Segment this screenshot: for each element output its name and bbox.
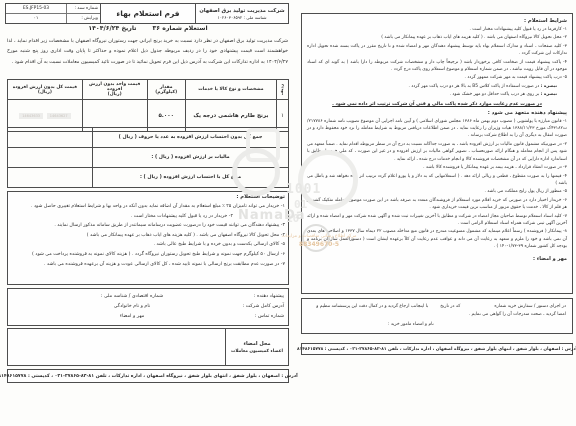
commitment-item-3: ۳- در صورت انعقاد قرارداد ، هزینه بیمه ب… [307, 164, 567, 171]
commitment-item-8: ۸- پیمانکار ( فروشنده ) رسماً اعلام مینم… [307, 228, 567, 250]
terms-warning: در صورت عدم رعایت موارد ذکر شده پاکت مال… [307, 102, 567, 107]
col-header-unit-price: قیمت واحد بدون ارزش افزوده(ریال) [82, 80, 147, 100]
commitment-item-1: ۱- قانون مبارزه با پولشویی ( مصوب دوم به… [307, 118, 567, 140]
watermark-id-1: 14643627 [47, 113, 71, 119]
term-note-2-text: بر روی هر درب پاکت حداقل دو مهر خشک شود … [450, 92, 540, 97]
purchase-officer-signature-label: نام و امضاء مامور خرید : [308, 322, 566, 327]
col-header-total-price: قیمت کل بدون ارزش افزوده (ریال) [8, 80, 83, 100]
term-item-5: ۵- درب پاکت پیشنهاد قیمت به مهر شرکت ممه… [307, 74, 567, 81]
revision-label: ویرایش : [66, 14, 100, 24]
total-without-vat-value [8, 128, 92, 147]
commitments-title: پیشنهاد دهنده متعهد می شود : [307, 110, 567, 116]
economic-id-label: شماره اقتصادی / شناسه ملی : [66, 292, 198, 302]
term-note-2: تبصره : بر روی هر درب پاکت حداقل دو مهر … [307, 91, 567, 98]
signature-place-label: محل امضاء [243, 341, 270, 347]
watermark-id-2: 14643633 [19, 113, 43, 119]
proposer-labels-right: پیشنهاد دهنده : آدرس کامل شرکت : شماره ت… [243, 292, 284, 322]
inquiry-date: تاریخ ۱۴۰۴/۶/۲۴ [88, 25, 136, 32]
term-item-2: ۲- محل تحویل کالا نیروگاه اصفهان می باشد… [307, 34, 567, 41]
proposer-label: پیشنهاد دهنده : [243, 292, 284, 302]
term-note-1: تبصره : در صورت استفاده از پاکت کلاس B5 … [307, 83, 567, 90]
revision-value: ۰۱ [6, 14, 66, 24]
proposer-labels-left: شماره اقتصادی / شناسه ملی : نام و نام خا… [66, 292, 198, 322]
signature-place-cell: محل امضاء اعضاء کمیسیون معاملات [225, 329, 288, 365]
form-header: شرکت مدیریت تولید برق اصفهان شناسه ملی :… [5, 3, 289, 24]
notes-title: توضیحات استعلام : [11, 194, 285, 200]
total-without-vat-label: جمع کل بدون احتساب ارزش افزوده به عدد یا… [92, 128, 288, 147]
purchase-order-number-label: در اجرای دستور / سفارش خرید شماره [494, 304, 566, 309]
items-table: ردیف مشخصات و نوع کالا یا خدمات مقدار(کی… [7, 79, 289, 132]
term-item-1: ۱- کارفرما در رد یا قبول کلیه پیشنهادات … [307, 26, 567, 33]
commitment-item-6: ۶- خریدار اختیار دارد در صورتی که خرید ا… [307, 197, 567, 212]
intro-paragraph: شرکت مدیریت تولید برق اصفهان در نظر دارد… [7, 36, 288, 67]
note-item-5: ۵- کالای ارسالی یکدست و بدون خرده و با ش… [11, 240, 285, 250]
doc-no-label: شماره سند : [66, 4, 100, 15]
commitment-item-5: ۵- منظور از ریال پول رایج مملکت می باشد … [307, 188, 567, 195]
company-header-cell: شرکت مدیریت تولید برق اصفهان شناسه ملی :… [195, 4, 288, 23]
inquiry-notes-box: توضیحات استعلام : ۱- خریدار می تواند تام… [7, 191, 289, 285]
vat-value [8, 148, 92, 167]
term-item-3: ۳- کلیه صفحات ، اسناد و مدارک استعلام به… [307, 43, 567, 58]
inquiry-number: استعلام شماره ۳۶ [153, 25, 208, 32]
note-item-7: ۷- در صورت عدم مطابقت برنج ارسالی با نمو… [11, 260, 285, 270]
commission-members-label: اعضاء کمیسیون معاملات [231, 349, 283, 354]
vat-row: مالیات بر ارزش افزوده ( ریال ) : [7, 148, 289, 168]
term-item-4: ۴- پاکت پیشنهاد قیمت از ضخامت کافی برخور… [307, 59, 567, 74]
commitment-item-7: ۷- کلیه اسناد استعلام توسط صاحبان مجاز ا… [307, 213, 567, 228]
address-footer-left: آدرس : اصفهان ، بلوار شفق ، انتهای بلوار… [7, 369, 289, 383]
term-note-1-text: در صورت استفاده از پاکت کلاس B5 به بالا … [408, 84, 539, 89]
note-item-4: ۴- محل تحویل کالا نیروگاه اصفهان می باشد… [11, 231, 285, 241]
terms-box: شرایط استعلام : ۱- کارفرما در رد یا قبول… [301, 13, 573, 294]
form-title: فرم استعلام بهاء [100, 4, 195, 23]
note-item-3: ۳- پیشنهاد دهندگان می توانند قیمت خود را… [11, 221, 285, 231]
vat-label: مالیات بر ارزش افزوده ( ریال ) : [92, 148, 288, 167]
address-footer-right: آدرس : اصفهان ، بلوار شفق ، انتهای بلوار… [301, 343, 573, 355]
proposer-info-box: پیشنهاد دهنده : آدرس کامل شرکت : شماره ت… [7, 288, 289, 326]
total-with-vat-label: مبلغ کل با احتساب ارزش افزوده ( ریال ) : [92, 168, 288, 187]
col-header-description: مشخصات و نوع کالا یا خدمات [185, 80, 276, 100]
company-address-label: آدرس کامل شرکت : [243, 302, 284, 312]
stamp-signature-label: مهر و امضاء [66, 312, 198, 322]
total-without-vat-row: جمع کل بدون احتساب ارزش افزوده به عدد یا… [7, 127, 289, 148]
doc-number-cell: شماره سند : ES.JFP15-03 ویرایش : ۰۱ [6, 4, 100, 23]
purchase-officer-statement: در اجرای دستور / سفارش خرید شمارهکه در ت… [308, 303, 566, 318]
doc-no-value: ES.JFP15-03 [6, 4, 66, 15]
terms-title: شرایط استعلام : [307, 18, 567, 24]
inquiry-title-line: استعلام شماره ۳۶تاریخ ۱۴۰۴/۶/۲۴ [7, 25, 289, 32]
note-item-6: ۶- ارسال ۵۰ کیلوگرم جهت نمونه و شرایط طب… [11, 250, 285, 260]
scanned-inquiry-document: { "left_page": { "header": { "company": … [0, 0, 576, 426]
items-table-header-row: ردیف مشخصات و نوع کالا یا خدمات مقدار(کی… [8, 80, 289, 100]
contact-number-label: شماره تماس : [243, 312, 284, 322]
commitment-item-4: ۴- قیمتها را به صورت مقطوع ، قطعی و ریال… [307, 173, 567, 188]
term-note-1-label: تبصره : [541, 84, 557, 89]
total-with-vat-value [8, 168, 92, 187]
note-item-1: ۱- خریدار می تواند تامیزان ۲۵ ٪ مبلغ است… [11, 202, 285, 212]
purchase-order-date-label: که در تاریخ [440, 304, 460, 309]
col-header-row-number: ردیف [276, 80, 288, 100]
purchase-officer-box: در اجرای دستور / سفارش خرید شمارهکه در ت… [301, 298, 573, 334]
full-name-label: نام و نام خانوادگی [66, 302, 198, 312]
commitment-item-2: ۲- در صورتیکه مشمول قانون مالیات بر ارزش… [307, 141, 567, 163]
note-item-2: ۲- خریدار در رد یا قبول کلیه پیشنهادات م… [11, 212, 285, 222]
term-note-2-label: تبصره : [541, 92, 557, 97]
col-header-quantity: مقدار(کیلوگرم) [147, 80, 185, 100]
seal-signature-label: مهر و امضاء : [307, 256, 567, 262]
totals-section: جمع کل بدون احتساب ارزش افزوده به عدد یا… [7, 127, 289, 188]
commission-signature-box: محل امضاء اعضاء کمیسیون معاملات [7, 328, 289, 366]
company-name: شرکت مدیریت تولید برق اصفهان [199, 8, 284, 14]
company-national-id: شناسه ملی : ۱۰۲۶۰۳۰۶۵۹۲ [217, 15, 266, 20]
total-with-vat-row: مبلغ کل با احتساب ارزش افزوده ( ریال ) : [7, 168, 289, 188]
